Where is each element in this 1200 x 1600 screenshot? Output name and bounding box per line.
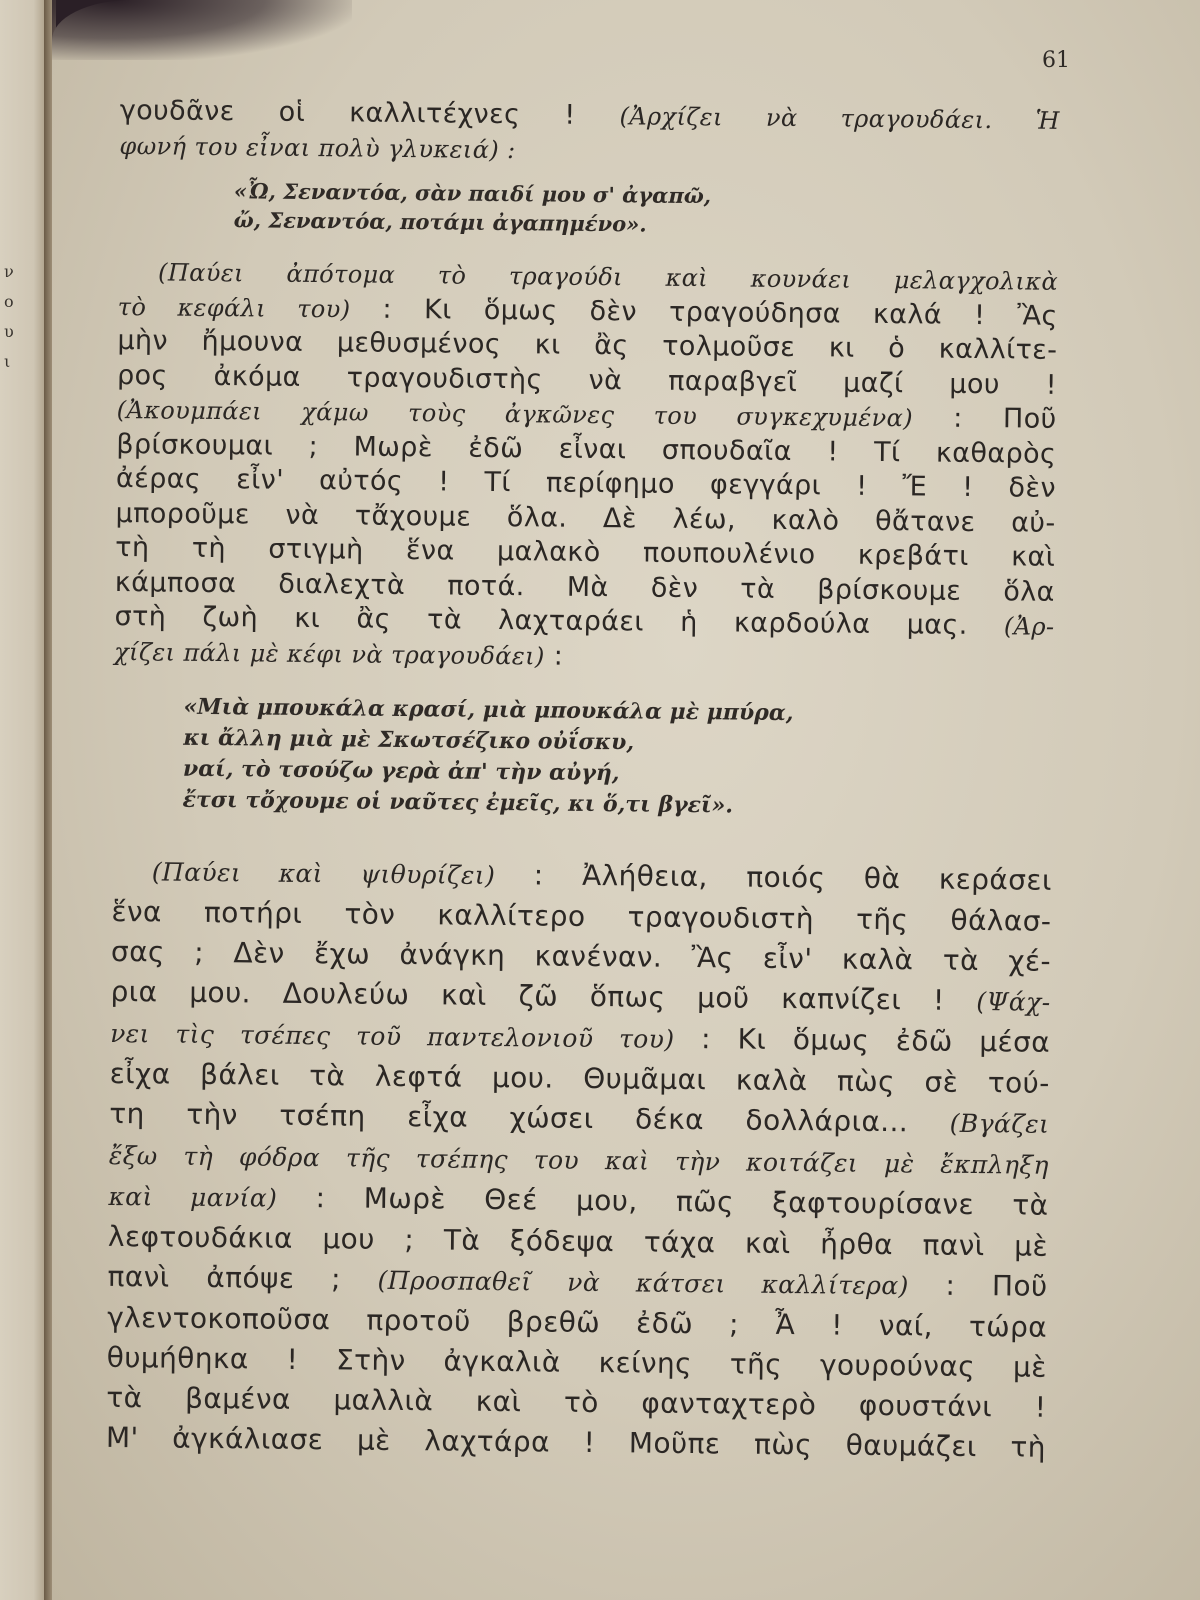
- dialogue-text: : Κι ὅμως δὲν τραγούδησα καλά ! Ἂς: [350, 293, 1058, 331]
- dialogue-text: γλεντοκοποῦσα προτοῦ βρεθῶ ἐδῶ ; Ἆ ! ναί…: [107, 1301, 1047, 1344]
- finger-shadow: [52, 0, 352, 60]
- dialogue-text: ἕνα ποτήρι τὸν καλλίτερο τραγουδιστὴ τῆς…: [111, 895, 1051, 938]
- stage-direction: (Ψάχ-: [976, 987, 1050, 1017]
- stage-direction: (Βγάζει: [950, 1109, 1050, 1139]
- dialogue-text: : Ποῦ: [909, 1268, 1048, 1302]
- stage-direction: (Παύει ἀπότομα τὸ τραγούδι καὶ κουνάει μ…: [158, 258, 1058, 295]
- stage-direction: καὶ μανία): [108, 1182, 277, 1213]
- dialogue-text: τὰ βαμένα μαλλιὰ καὶ τὸ φανταχτερὸ φουστ…: [106, 1381, 1046, 1424]
- page-text: γουδᾶνε οἱ καλλιτέχνες ! (Ἀρχίζει νὰ τρα…: [106, 94, 1060, 1468]
- stage-direction: (Ἀκουμπάει χάμω τοὺς ἀγκῶνες του συγκεχυ…: [117, 396, 914, 432]
- dialogue-text: Μ' ἀγκάλιασε μὲ λαχτάρα ! Μοῦπε πὼς θαυμ…: [106, 1421, 1046, 1464]
- dialogue-text: τη τὴν τσέπη εἶχα χώσει δέκα δολλάρια...: [109, 1097, 950, 1139]
- stage-direction: (Παύει καὶ ψιθυρίζει): [152, 857, 496, 890]
- dialogue-text: : Ποῦ: [913, 402, 1057, 435]
- dialogue-text: ρια μου. Δουλεύω καὶ ζῶ ὅπως μοῦ καπνίζε…: [110, 975, 976, 1017]
- dialogue-text: :: [545, 640, 564, 671]
- left-page-fragment: υ: [4, 322, 14, 341]
- dialogue-text: στὴ ζωὴ κι ἂς τὰ λαχταράει ἡ καρδούλα μα…: [114, 601, 1004, 641]
- stage-direction: (Ἀρχίζει νὰ τραγουδάει. Ἡ: [619, 102, 1059, 135]
- dialogue-text: : Κι ὅμως ἐδῶ μέσα: [674, 1022, 1050, 1059]
- dialogue-text: εἶχα βάλει τὰ λεφτά μου. Θυμᾶμαι καλὰ πὼ…: [110, 1057, 1050, 1100]
- song-verse-2: «Μιὰ μπουκάλα κρασί, μιὰ μπουκάλα μὲ μπύ…: [112, 691, 1053, 825]
- left-page-fragment: ν: [4, 262, 14, 281]
- song-verse-1: «Ὦ, Σεναντόα, σὰν παιδί μου σ' ἀγαπῶ, ὤ,…: [119, 175, 1060, 243]
- stage-direction: (Ἀρ-: [1004, 612, 1055, 641]
- dialogue-text: σας ; Δὲν ἔχω ἀνάγκη κανέναν. Ἂς εἶν' κα…: [111, 935, 1051, 978]
- dialogue-text: : Μωρὲ Θεέ μου, πῶς ξαφτουρίσανε τὰ: [277, 1181, 1048, 1222]
- left-page-fragment: ι: [4, 352, 10, 371]
- page-number: 61: [1042, 48, 1070, 73]
- stage-direction: φωνή του εἶναι πολὺ γλυκειά) :: [119, 131, 515, 163]
- stage-direction: τὸ κεφάλι του): [118, 292, 351, 322]
- dialogue-text: : Ἀλήθεια, ποιός θὰ κεράσει: [495, 858, 1052, 897]
- left-page-edge: ν ο υ ι: [0, 0, 48, 1600]
- dialogue-text: λεφτουδάκια μου ; Τὰ ξόδεψα τάχα καὶ ἦρθ…: [108, 1220, 1048, 1263]
- stage-direction: (Προσπαθεῖ νὰ κάτσει καλλίτερα): [377, 1266, 908, 1301]
- dialogue-text: πανὶ ἀπόψε ;: [107, 1260, 377, 1296]
- left-page-fragment: ο: [4, 292, 14, 311]
- dialogue-text: γουδᾶνε οἱ καλλιτέχνες !: [120, 95, 620, 131]
- stage-direction: χίζει πάλι μὲ κέφι νὰ τραγουδάει): [114, 637, 545, 670]
- dialogue-text: θυμήθηκα ! Στὴν ἀγκαλιὰ κείνης τῆς γουρο…: [107, 1341, 1047, 1384]
- stage-direction: ἔξω τὴ φόδρα τῆς τσέπης του καὶ τὴν κοιτ…: [109, 1141, 1049, 1180]
- stage-direction: νει τὶς τσέπες τοῦ παντελονιοῦ του): [110, 1019, 675, 1054]
